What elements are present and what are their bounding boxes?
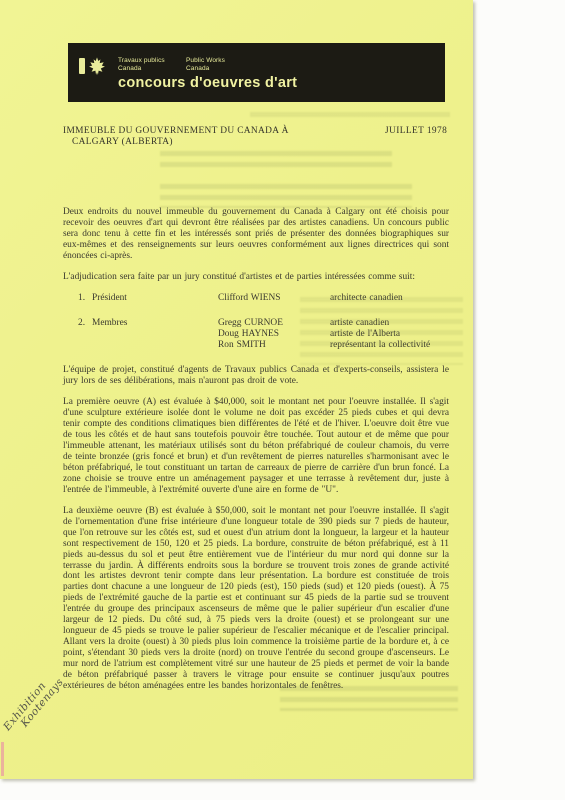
jury-member-name: Clifford WIENS — [218, 293, 330, 304]
dept-name-english: Public Works Canada — [186, 57, 225, 72]
jury-member-name: Ron SMITH — [218, 340, 330, 351]
paragraph-artwork-a: La première oeuvre (A) est évaluée à $40… — [63, 397, 449, 495]
jury-member-desc: artiste de l'Alberta — [330, 329, 449, 340]
canada-flag-icon — [79, 58, 113, 75]
jury-member: Gregg CURNOE artiste canadien — [218, 318, 449, 329]
ghost-bleed — [160, 151, 392, 168]
jury-row-members: 2. Membres Gregg CURNOE artiste canadien… — [63, 318, 449, 351]
document-page: Travaux publics Canada Public Works Cana… — [0, 0, 473, 779]
page-edge-artifact — [1, 742, 4, 776]
paragraph-project-team: L'équipe de projet, constitué d'agents d… — [63, 365, 449, 387]
jury-member-desc: représentant la collectivité — [330, 340, 449, 351]
document-title-line2: CALGARY (ALBERTA) — [63, 137, 363, 148]
document-title: IMMEUBLE DU GOUVERNEMENT DU CANADA À CAL… — [63, 126, 363, 148]
dept-en-line2: Canada — [186, 65, 225, 73]
paragraph-artwork-b: La deuxième oeuvre (B) est évaluée à $50… — [63, 506, 449, 691]
jury-member: Clifford WIENS architecte canadien — [218, 293, 449, 304]
program-title: concours d'oeuvres d'art — [118, 75, 297, 91]
jury-number: 1. — [78, 293, 92, 304]
jury-member-name: Doug HAYNES — [218, 329, 330, 340]
paragraph-intro: Deux endroits du nouvel immeuble du gouv… — [63, 207, 449, 262]
jury-role: Membres — [92, 318, 218, 351]
dept-fr-line2: Canada — [118, 65, 165, 73]
document-body: Deux endroits du nouvel immeuble du gouv… — [63, 207, 449, 702]
maple-leaf-icon — [88, 57, 106, 75]
jury-number: 2. — [78, 318, 92, 351]
jury-role: Président — [92, 293, 218, 304]
jury-member-desc: artiste canadien — [330, 318, 449, 329]
paragraph-jury-intro: L'adjudication sera faite par un jury co… — [63, 272, 449, 283]
jury-member-desc: architecte canadien — [330, 293, 449, 304]
handwritten-note: Exhibition Kootenays — [2, 670, 66, 740]
jury-member: Ron SMITH représentant la collectivité — [218, 340, 449, 351]
ghost-bleed — [160, 184, 412, 208]
flag-bar-icon — [79, 58, 85, 74]
dept-en-line1: Public Works — [186, 57, 225, 65]
dept-name-french: Travaux publics Canada — [118, 57, 165, 72]
document-title-row: IMMEUBLE DU GOUVERNEMENT DU CANADA À CAL… — [63, 126, 453, 148]
document-date: JUILLET 1978 — [385, 126, 447, 136]
jury-member: Doug HAYNES artiste de l'Alberta — [218, 329, 449, 340]
dept-fr-line1: Travaux publics — [118, 57, 165, 65]
header-banner: Travaux publics Canada Public Works Cana… — [68, 43, 445, 102]
document-title-line1: IMMEUBLE DU GOUVERNEMENT DU CANADA À — [63, 126, 363, 137]
jury-list: 1. Président Clifford WIENS architecte c… — [63, 293, 449, 351]
jury-row-president: 1. Président Clifford WIENS architecte c… — [63, 293, 449, 304]
jury-member-name: Gregg CURNOE — [218, 318, 330, 329]
ghost-bleed — [250, 112, 450, 122]
